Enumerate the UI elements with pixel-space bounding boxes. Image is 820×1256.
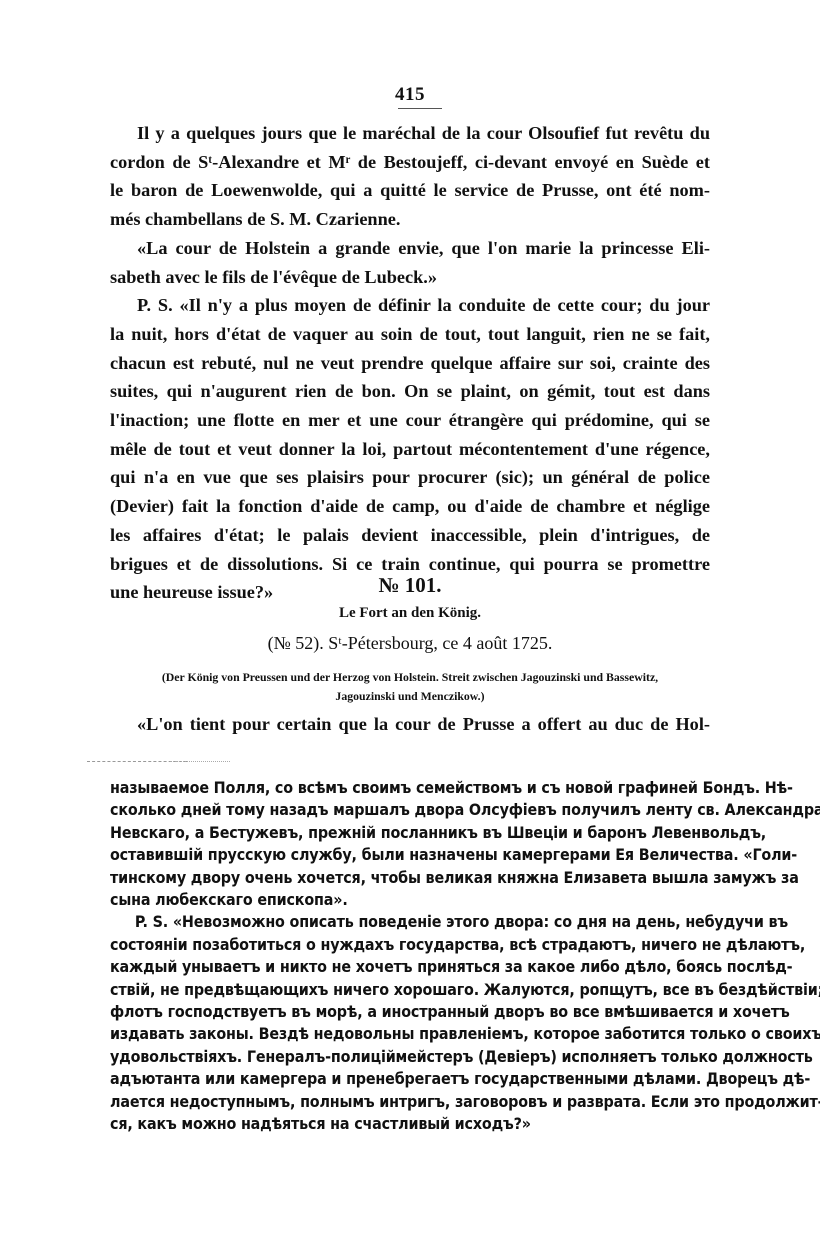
text-line: сына любекскаго епископа». [110, 889, 710, 911]
text-line: le baron de Loewenwolde, qui a quitté le… [110, 176, 710, 205]
text-line: ствій, не предвѣщающихъ ничего хорошаго.… [110, 979, 710, 1001]
text-line: (Devier) fait la fonction d'aide de camp… [110, 492, 710, 521]
document-dateline: (№ 52). Sᵗ-Pétersbourg, ce 4 août 1725. [0, 633, 820, 654]
document-heading: Le Fort an den König. [0, 605, 820, 622]
text-line: удовольствіяхъ. Генералъ-полиціймейстеръ… [110, 1046, 710, 1068]
text-line: l'inaction; une flotte en mer et une cou… [110, 406, 710, 435]
summary-line: (Der König von Preussen und der Herzog v… [0, 668, 820, 687]
russian-translation-block: называемое Полля, со всѣмъ своимъ семейс… [110, 777, 710, 1136]
text-line: каждый унываетъ и никто не хочетъ принят… [110, 956, 710, 978]
text-line: més chambellans de S. M. Czarienne. [110, 205, 710, 234]
text-line: P. S. «Невозможно описать поведеніе этог… [110, 911, 710, 933]
text-line: состояніи позаботиться о нуждахъ государ… [110, 934, 710, 956]
text-line: chacun est rebuté, nul ne veut prendre q… [110, 349, 710, 378]
text-line: издавать законы. Вездѣ недовольны правле… [110, 1023, 710, 1045]
section-separator [170, 761, 230, 763]
document-page: 415 Il y a quelques jours que le marécha… [0, 0, 820, 1256]
text-line: оставившій прусскую службу, были назначе… [110, 844, 710, 866]
page-number-rule [398, 108, 442, 109]
text-line: suites, qui n'augurent rien de bon. On s… [110, 377, 710, 406]
text-line: тинскому двору очень хочется, чтобы вели… [110, 867, 710, 889]
document-summary: (Der König von Preussen und der Herzog v… [0, 668, 820, 706]
text-line: les affaires d'état; le palais devient i… [110, 521, 710, 550]
page-number: 415 [0, 84, 820, 106]
summary-line: Jagouzinski und Menczikow.) [0, 687, 820, 706]
text-line: адъютанта или камергера и пренебрегаетъ … [110, 1068, 710, 1090]
text-line: «La cour de Holstein a grande envie, que… [110, 234, 710, 263]
text-line: называемое Полля, со всѣмъ своимъ семейс… [110, 777, 710, 799]
text-line: sabeth avec le fils de l'évêque de Lubec… [110, 263, 710, 292]
text-line: сколько дней тому назадъ маршалъ двора О… [110, 799, 710, 821]
text-line: «L'on tient pour certain que la cour de … [110, 714, 710, 735]
text-line: флотъ господствуетъ въ морѣ, а иностранн… [110, 1001, 710, 1023]
text-line: la nuit, hors d'état de vaquer au soin d… [110, 320, 710, 349]
text-line: qui n'a en vue que ses plaisirs pour pro… [110, 463, 710, 492]
text-line: ся, какъ можно надѣяться на счастливый и… [110, 1113, 710, 1135]
text-line: лается недоступнымъ, полнымъ интригъ, за… [110, 1091, 710, 1113]
text-line: P. S. «Il n'y a plus moyen de définir la… [110, 291, 710, 320]
document-opening-line: «L'on tient pour certain que la cour de … [110, 714, 710, 735]
text-line: Невскаго, а Бестужевъ, прежній посланник… [110, 822, 710, 844]
text-line: cordon de Sᵗ-Alexandre et Mʳ de Bestouje… [110, 148, 710, 177]
text-line: Il y a quelques jours que le maréchal de… [110, 119, 710, 148]
document-number: № 101. [0, 573, 820, 598]
french-text-block: Il y a quelques jours que le maréchal de… [110, 119, 710, 607]
text-line: mêle de tout et veut donner la loi, part… [110, 435, 710, 464]
